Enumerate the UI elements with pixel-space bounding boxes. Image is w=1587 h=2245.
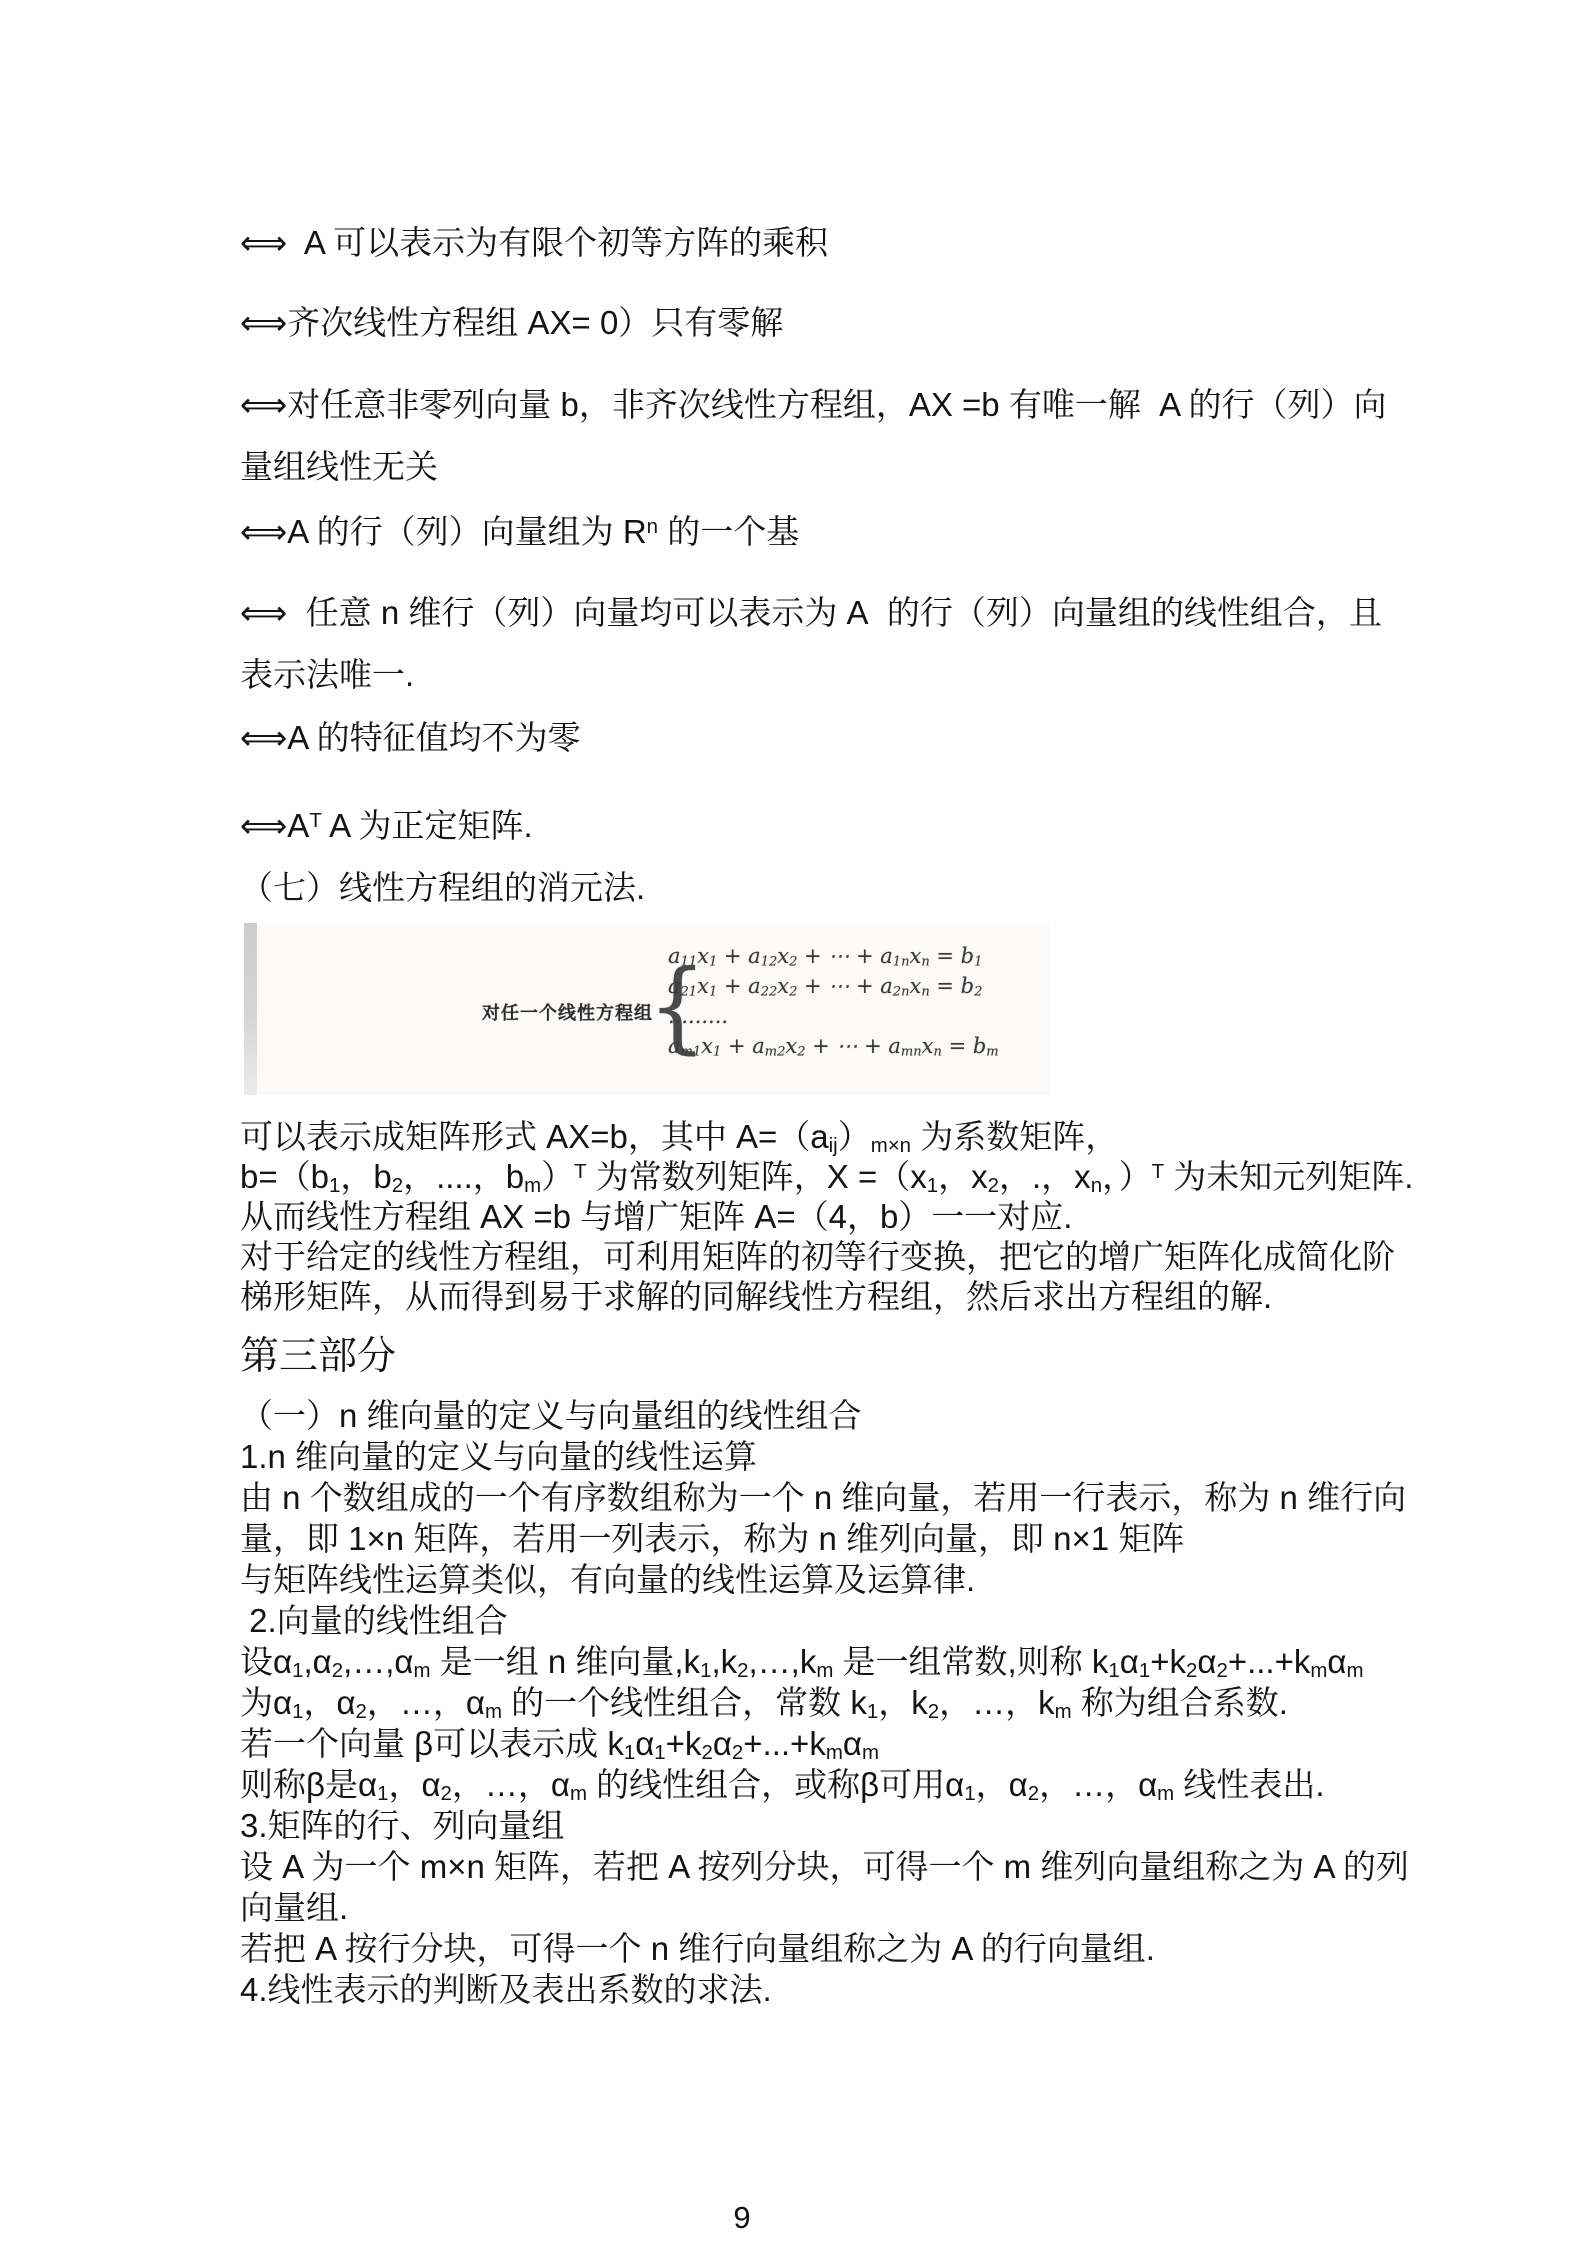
section-seven-title: （七）线性方程组的消元法. (240, 857, 1587, 919)
page-number: 9 (0, 2200, 1484, 2236)
text-line: 可以表示成矩阵形式 AX=b，其中 A=（aij）m×n 为系数矩阵， (240, 1117, 1587, 1157)
text-line: 3.矩阵的行、列向量组 (240, 1805, 1587, 1846)
equation-line: am1x1 + am2x2 + ⋯ + amnxn = bm (668, 1031, 999, 1061)
text-line: 为α1，α2，…，αm 的一个线性组合，常数 k1，k2，…，km 称为组合系数… (240, 1682, 1587, 1723)
equation-line: a11x1 + a12x2 + ⋯ + a1nxn = b1 (668, 941, 999, 971)
text-line: 表示法唯一. (240, 644, 1587, 706)
text-line: ⟺对任意非零列向量 b，非齐次线性方程组，AX =b 有唯一解 A 的行（列）向 (240, 374, 1587, 436)
text-line: 向量组. (240, 1887, 1587, 1928)
text-line: 1.n 维向量的定义与向量的线性运算 (240, 1436, 1587, 1477)
text-line: ⟺ 任意 n 维行（列）向量均可以表示为 A 的行（列）向量组的线性组合，且 (240, 582, 1587, 644)
image-left-scan-bar (244, 923, 257, 1095)
text-line: 则称β是α1，α2，…，αm 的线性组合，或称β可用α1，α2，…，αm 线性表… (240, 1764, 1587, 1805)
formula-label: 对任一个线性方程组 (482, 999, 653, 1025)
text-line: 2.向量的线性组合 (240, 1600, 1587, 1641)
text-line: 设 A 为一个 m×n 矩阵，若把 A 按列分块，可得一个 m 维列向量组称之为… (240, 1846, 1587, 1887)
equation-line: ......... (668, 1001, 999, 1031)
equivalence-item-3: ⟺对任意非零列向量 b，非齐次线性方程组，AX =b 有唯一解 A 的行（列）向… (240, 374, 1587, 498)
equivalence-item-5: ⟺ 任意 n 维行（列）向量均可以表示为 A 的行（列）向量组的线性组合，且 表… (240, 582, 1587, 706)
text-line: 量组线性无关 (240, 436, 1587, 498)
equivalence-item-1: ⟺ A 可以表示为有限个初等方阵的乘积 (240, 212, 1587, 274)
matrix-form-paragraph: 可以表示成矩阵形式 AX=b，其中 A=（aij）m×n 为系数矩阵， b=（b… (240, 1117, 1587, 1317)
equivalence-item-7: ⟺AT A 为正定矩阵. (240, 795, 1587, 857)
document-content: ⟺ A 可以表示为有限个初等方阵的乘积 ⟺齐次线性方程组 AX= 0）只有零解 … (240, 0, 1587, 2010)
text-line: 若把 A 按行分块，可得一个 n 维行向量组称之为 A 的行向量组. (240, 1928, 1587, 1969)
text-line: 若一个向量 β可以表示成 k1α1+k2α2+...+kmαm (240, 1723, 1587, 1764)
text-line: 对于给定的线性方程组，可利用矩阵的初等行变换，把它的增广矩阵化成简化阶 (240, 1237, 1587, 1277)
text-line: 与矩阵线性运算类似，有向量的线性运算及运算律. (240, 1559, 1587, 1600)
text-line: 量，即 1×n 矩阵，若用一列表示，称为 n 维列向量，即 n×1 矩阵 (240, 1518, 1587, 1559)
equation-line: a21x1 + a22x2 + ⋯ + a2nxn = b2 (668, 971, 999, 1001)
subsection-one-title: （一）n 维向量的定义与向量组的线性组合 (240, 1395, 1587, 1436)
part-three-body: （一）n 维向量的定义与向量组的线性组合 1.n 维向量的定义与向量的线性运算 … (240, 1395, 1587, 2010)
equivalence-item-6: ⟺A 的特征值均不为零 (240, 707, 1587, 769)
text-line: 4.线性表示的判断及表出系数的求法. (240, 1969, 1587, 2010)
equivalence-item-4: ⟺A 的行（列）向量组为 Rn 的一个基 (240, 501, 1587, 563)
text-line: 由 n 个数组成的一个有序数组称为一个 n 维向量，若用一行表示，称为 n 维行… (240, 1477, 1587, 1518)
text-line: b=（b1，b2，....，bm）T 为常数列矩阵，X =（x1，x2，.，xn… (240, 1157, 1587, 1197)
text-line: 梯形矩阵，从而得到易于求解的同解线性方程组，然后求出方程组的解. (240, 1277, 1587, 1317)
part-three-heading: 第三部分 (240, 1333, 1587, 1381)
formula-image: 对任一个线性方程组 { a11x1 + a12x2 + ⋯ + a1nxn = … (244, 923, 1050, 1095)
text-line: 从而线性方程组 AX =b 与增广矩阵 A=（4，b）一一对应. (240, 1197, 1587, 1237)
equivalence-item-2: ⟺齐次线性方程组 AX= 0）只有零解 (240, 292, 1587, 354)
text-line: 设α1,α2,…,αm 是一组 n 维向量,k1,k2,…,km 是一组常数,则… (240, 1641, 1587, 1682)
document-page: ⟺ A 可以表示为有限个初等方阵的乘积 ⟺齐次线性方程组 AX= 0）只有零解 … (0, 0, 1587, 2245)
equation-system: a11x1 + a12x2 + ⋯ + a1nxn = b1 a21x1 + a… (668, 941, 999, 1061)
